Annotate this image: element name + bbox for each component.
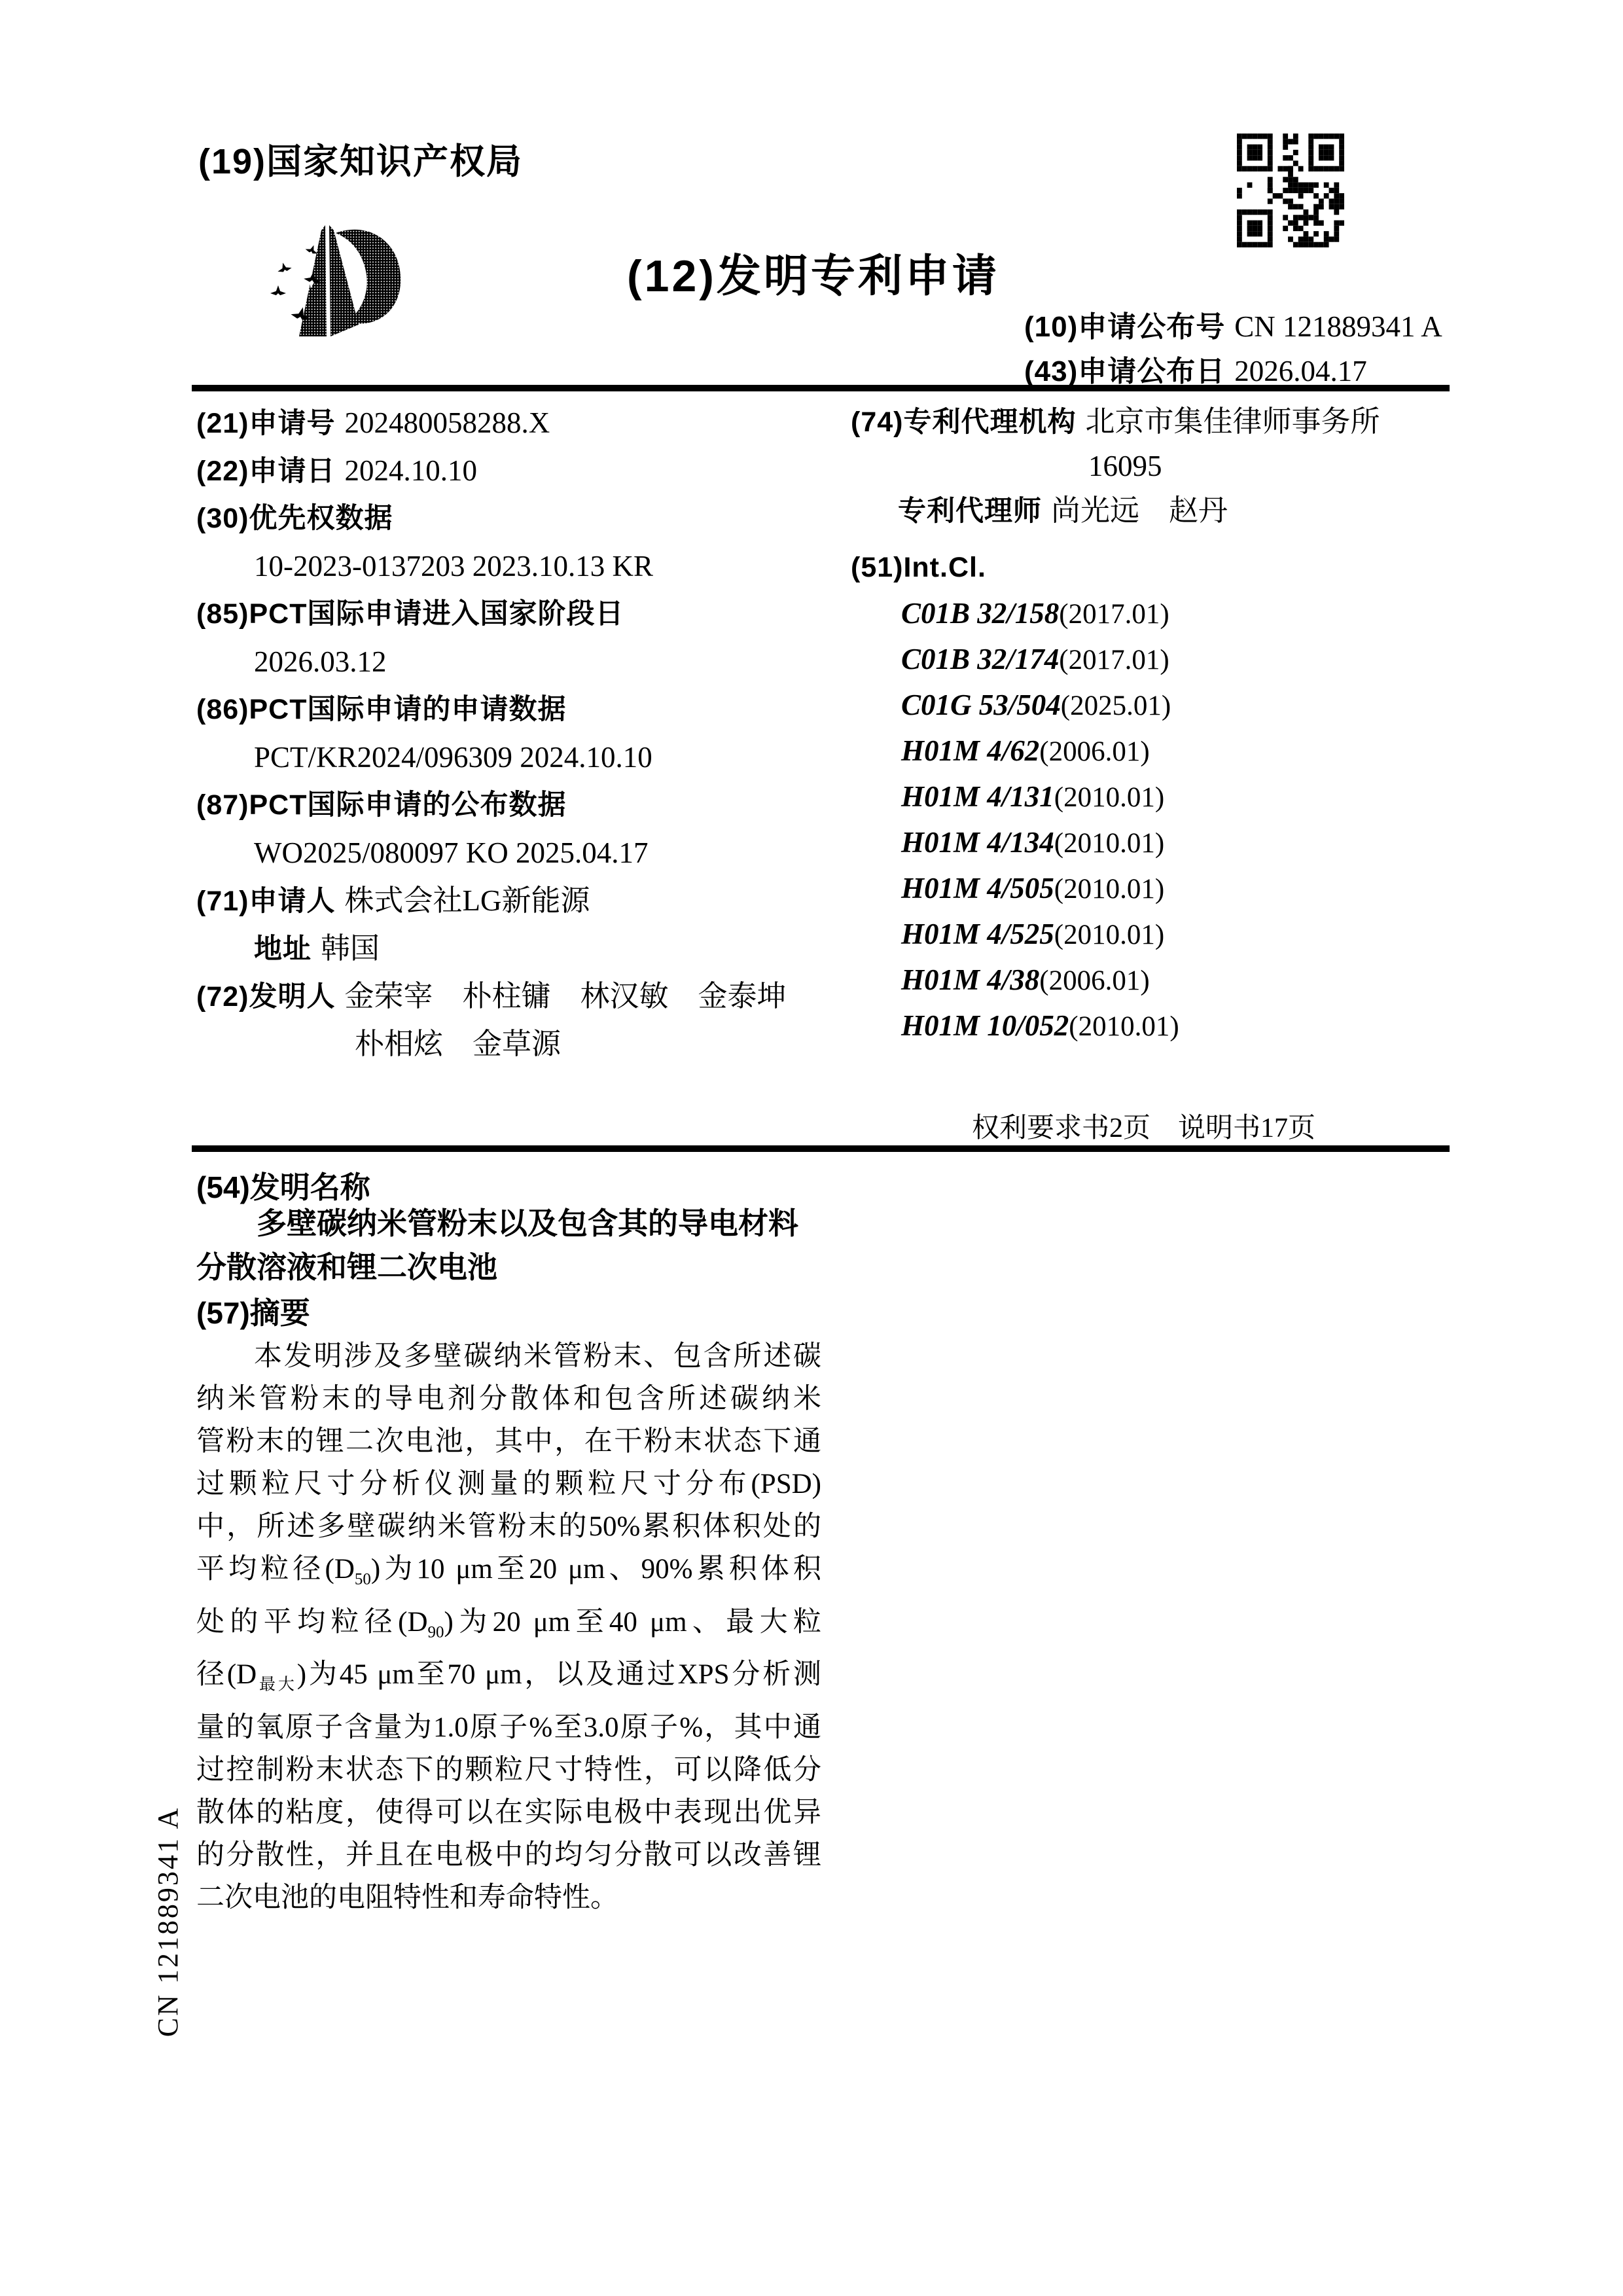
priority-data-label-line: (30)优先权数据 bbox=[196, 495, 815, 543]
classification-code: H01M 4/38 bbox=[901, 963, 1039, 996]
inventors-line-2: 朴相炫 金草源 bbox=[196, 1020, 815, 1068]
agency-code-line: 16095 bbox=[851, 444, 1450, 488]
invention-title-line-1: 多壁碳纳米管粉末以及包含其的导电材料 bbox=[196, 1202, 815, 1246]
pct-entry-value: 2026.03.12 bbox=[254, 645, 387, 678]
abstract-line: 管粉末的锂二次电池，其中，在干粉末状态下通 bbox=[196, 1420, 821, 1463]
cnipa-logo-icon bbox=[270, 225, 419, 343]
pct-entry-label: (85)PCT国际申请进入国家阶段日 bbox=[196, 598, 624, 630]
publication-date-line: (43)申请公布日2026.04.17 bbox=[1024, 348, 1367, 389]
classification-code: C01B 32/174 bbox=[901, 643, 1059, 675]
application-number-value: 202480058288.X bbox=[344, 406, 550, 439]
publication-number-line: (10)申请公布号CN 121889341 A bbox=[1024, 303, 1442, 345]
classification-row: H01M 10/052(2010.01) bbox=[851, 1003, 1450, 1049]
classification-version: (2006.01) bbox=[1039, 736, 1149, 767]
classification-version: (2017.01) bbox=[1059, 645, 1169, 675]
classification-row: C01B 32/158(2017.01) bbox=[851, 590, 1450, 636]
side-publication-code: CN 121889341 A bbox=[151, 1781, 185, 2062]
classification-version: (2025.01) bbox=[1061, 691, 1171, 721]
agency-value: 北京市集佳律师事务所 bbox=[1085, 405, 1380, 438]
priority-data-value: 10-2023-0137203 2023.10.13 KR bbox=[254, 550, 653, 583]
application-number-line: (21)申请号202480058288.X bbox=[196, 399, 815, 447]
abstract-line: 平均粒径(D50)为10 μm至20 μm、90%累积体积 bbox=[196, 1548, 821, 1601]
inventors-label: (72)发明人 bbox=[196, 981, 335, 1013]
application-date-label: (22)申请日 bbox=[196, 456, 335, 487]
abstract-text: 本发明涉及多壁碳纳米管粉末、包含所述碳纳米管粉末的导电剂分散体和包含所述碳纳米管… bbox=[196, 1335, 821, 1919]
document-type-title: (12)发明专利申请 bbox=[627, 241, 999, 304]
pct-application-value: PCT/KR2024/096309 2024.10.10 bbox=[254, 741, 652, 774]
classification-code: C01B 32/158 bbox=[901, 597, 1059, 630]
pages-note: 权利要求书2页 说明书17页 bbox=[972, 1106, 1315, 1145]
publication-date-value: 2026.04.17 bbox=[1234, 355, 1367, 387]
pct-entry-label-line: (85)PCT国际申请进入国家阶段日 bbox=[196, 590, 815, 638]
classification-row: H01M 4/505(2010.01) bbox=[851, 865, 1450, 911]
application-date-value: 2024.10.10 bbox=[344, 454, 477, 487]
agent-names: 尚光远 赵丹 bbox=[1051, 494, 1228, 527]
classification-version: (2006.01) bbox=[1039, 965, 1149, 996]
classification-version: (2010.01) bbox=[1069, 1011, 1179, 1042]
inventors-names-2: 朴相炫 金草源 bbox=[355, 1028, 561, 1060]
abstract-line: 径(D最大)为45 μm至70 μm，以及通过XPS分析测 bbox=[196, 1653, 821, 1706]
pct-publication-value: WO2025/080097 KO 2025.04.17 bbox=[254, 836, 648, 869]
office-name: (19)国家知识产权局 bbox=[198, 134, 523, 184]
applicant-value: 株式会社LG新能源 bbox=[344, 884, 590, 917]
classification-row: C01B 32/174(2017.01) bbox=[851, 636, 1450, 682]
pct-application-label: (86)PCT国际申请的申请数据 bbox=[196, 694, 566, 725]
classification-code: H01M 10/052 bbox=[901, 1009, 1069, 1042]
classification-code: C01G 53/504 bbox=[901, 689, 1061, 721]
classification-row: H01M 4/62(2006.01) bbox=[851, 728, 1450, 774]
publication-number-label: (10)申请公布号 bbox=[1024, 311, 1225, 343]
abstract-line: 量的氧原子含量为1.0原子%至3.0原子%，其中通 bbox=[196, 1706, 821, 1749]
subscript: 最大 bbox=[257, 1676, 297, 1694]
pct-application-value-line: PCT/KR2024/096309 2024.10.10 bbox=[196, 734, 815, 781]
intcl-label: (51)Int.Cl. bbox=[851, 552, 986, 583]
inventors-names-1: 金荣宰 朴柱镛 林汉敏 金泰坤 bbox=[344, 980, 786, 1013]
applicant-label: (71)申请人 bbox=[196, 886, 335, 917]
abstract-line: 过颗粒尺寸分析仪测量的颗粒尺寸分布(PSD) bbox=[196, 1463, 821, 1505]
abstract-line: 散体的粘度，使得可以在实际电极中表现出优异 bbox=[196, 1791, 821, 1834]
abstract-line: 处的平均粒径(D90)为20 μm至40 μm、最大粒 bbox=[196, 1601, 821, 1654]
biblio-right-column: (74)专利代理机构北京市集佳律师事务所 16095 专利代理师尚光远 赵丹 (… bbox=[851, 399, 1450, 1049]
pct-entry-value-line: 2026.03.12 bbox=[196, 638, 815, 686]
agent-label: 专利代理师 bbox=[898, 495, 1042, 527]
abstract-label: (57)摘要 bbox=[196, 1289, 310, 1333]
classification-code: H01M 4/525 bbox=[901, 918, 1054, 950]
classification-code: H01M 4/505 bbox=[901, 872, 1054, 905]
header-separator-rule bbox=[192, 385, 1450, 391]
address-label: 地址 bbox=[254, 933, 312, 965]
subscript: 90 bbox=[428, 1623, 444, 1641]
classification-code: H01M 4/62 bbox=[901, 734, 1039, 767]
application-number-label: (21)申请号 bbox=[196, 408, 335, 439]
classification-row: H01M 4/131(2010.01) bbox=[851, 774, 1450, 819]
subscript: 50 bbox=[355, 1571, 371, 1588]
application-date-line: (22)申请日2024.10.10 bbox=[196, 447, 815, 495]
priority-data-label: (30)优先权数据 bbox=[196, 503, 393, 534]
intcl-label-line: (51)Int.Cl. bbox=[851, 545, 1450, 590]
applicant-line: (71)申请人株式会社LG新能源 bbox=[196, 877, 815, 925]
patent-front-page: (19)国家知识产权局 (12)发明专利申请 (10)申请公布号CN 12188… bbox=[0, 0, 1623, 2296]
classification-row: H01M 4/38(2006.01) bbox=[851, 957, 1450, 1003]
abstract-line: 本发明涉及多壁碳纳米管粉末、包含所述碳 bbox=[196, 1335, 821, 1378]
classification-code: H01M 4/131 bbox=[901, 780, 1054, 813]
body-separator-rule bbox=[192, 1145, 1450, 1152]
pct-publication-label-line: (87)PCT国际申请的公布数据 bbox=[196, 781, 815, 829]
classification-row: H01M 4/525(2010.01) bbox=[851, 911, 1450, 957]
classification-version: (2010.01) bbox=[1054, 828, 1164, 859]
agency-code-value: 16095 bbox=[1088, 450, 1162, 482]
address-line: 地址韩国 bbox=[196, 925, 815, 973]
pct-publication-value-line: WO2025/080097 KO 2025.04.17 bbox=[196, 829, 815, 877]
agency-line: (74)专利代理机构北京市集佳律师事务所 bbox=[851, 399, 1450, 444]
abstract-line: 过控制粉末状态下的颗粒尺寸特性，可以降低分 bbox=[196, 1749, 821, 1791]
biblio-left-column: (21)申请号202480058288.X (22)申请日2024.10.10 … bbox=[196, 399, 815, 1068]
agency-label: (74)专利代理机构 bbox=[851, 406, 1076, 438]
classification-list: C01B 32/158(2017.01)C01B 32/174(2017.01)… bbox=[851, 590, 1450, 1049]
classification-code: H01M 4/134 bbox=[901, 826, 1054, 859]
classification-version: (2010.01) bbox=[1054, 920, 1164, 950]
priority-data-value-line: 10-2023-0137203 2023.10.13 KR bbox=[196, 543, 815, 590]
abstract-line: 的分散性，并且在电极中的均匀分散可以改善锂 bbox=[196, 1834, 821, 1876]
agent-line: 专利代理师尚光远 赵丹 bbox=[851, 488, 1450, 533]
abstract-line: 二次电池的电阻特性和寿命特性。 bbox=[196, 1876, 821, 1919]
invention-title-line-2: 分散溶液和锂二次电池 bbox=[196, 1246, 815, 1289]
pct-publication-label: (87)PCT国际申请的公布数据 bbox=[196, 789, 566, 821]
classification-row: C01G 53/504(2025.01) bbox=[851, 682, 1450, 728]
invention-title: 多壁碳纳米管粉末以及包含其的导电材料 分散溶液和锂二次电池 bbox=[196, 1202, 815, 1289]
classification-version: (2010.01) bbox=[1054, 782, 1164, 813]
pct-application-label-line: (86)PCT国际申请的申请数据 bbox=[196, 686, 815, 734]
inventors-line-1: (72)发明人金荣宰 朴柱镛 林汉敏 金泰坤 bbox=[196, 973, 815, 1020]
classification-version: (2010.01) bbox=[1054, 874, 1164, 905]
abstract-line: 中，所述多壁碳纳米管粉末的50%累积体积处的 bbox=[196, 1505, 821, 1548]
qr-code-icon bbox=[1237, 134, 1344, 247]
abstract-line: 纳米管粉末的导电剂分散体和包含所述碳纳米 bbox=[196, 1378, 821, 1420]
classification-version: (2017.01) bbox=[1059, 599, 1169, 630]
publication-date-label: (43)申请公布日 bbox=[1024, 355, 1225, 387]
classification-row: H01M 4/134(2010.01) bbox=[851, 819, 1450, 865]
publication-number-value: CN 121889341 A bbox=[1234, 310, 1442, 343]
invention-title-label: (54)发明名称 bbox=[196, 1164, 370, 1207]
address-value: 韩国 bbox=[321, 932, 380, 965]
